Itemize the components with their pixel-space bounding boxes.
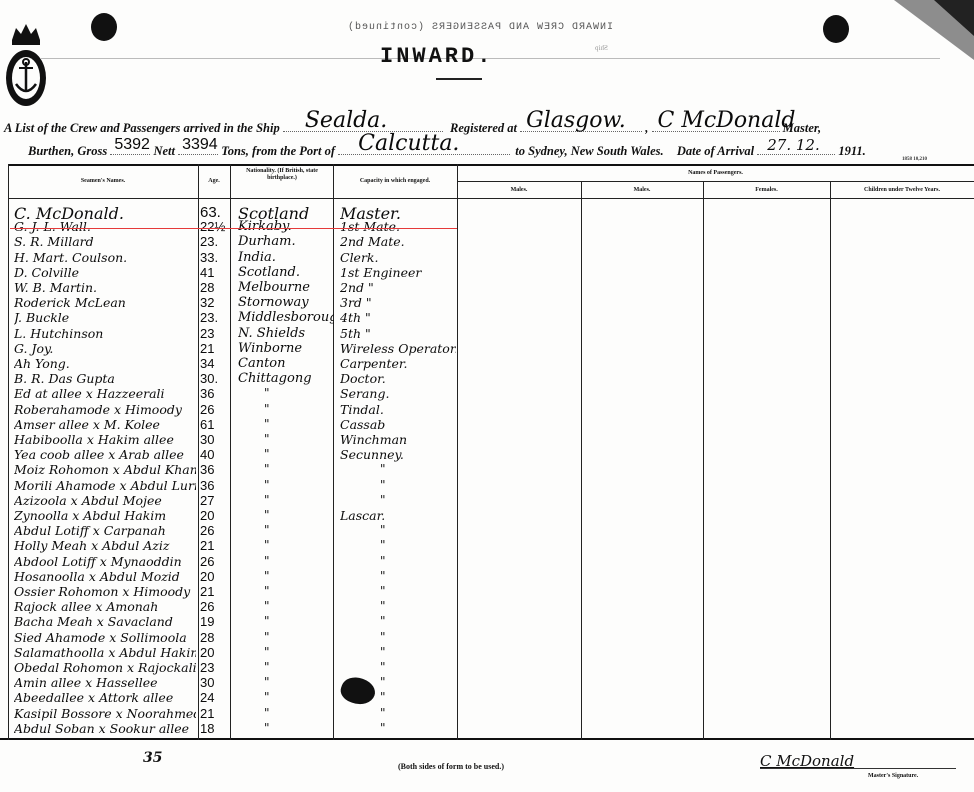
- crew-age: 28: [200, 280, 232, 295]
- crew-capacity: Winchman: [340, 432, 456, 447]
- crew-age: 21: [200, 706, 232, 721]
- crew-capacity: 1st Mate.: [340, 219, 456, 234]
- folded-corner: [894, 0, 974, 60]
- arrival-label: Date of Arrival: [677, 144, 754, 159]
- crew-name: H. Mart. Coulson.: [14, 250, 196, 265]
- header-passengers-group: Names of Passengers.: [457, 170, 974, 177]
- nett-tons: 3394: [182, 136, 218, 154]
- crew-capacity: ": [340, 523, 456, 537]
- crew-capacity: Wireless Operator.: [340, 341, 456, 356]
- crew-capacity: ": [340, 630, 456, 644]
- red-underline: [10, 228, 457, 229]
- crew-nationality: ": [238, 569, 334, 583]
- crew-capacity: 4th ": [340, 310, 456, 325]
- crew-name: G. Joy.: [14, 341, 196, 356]
- crew-nationality: ": [238, 584, 334, 598]
- crew-age: 36: [200, 386, 232, 401]
- registered-port-field: Glasgow.: [520, 118, 642, 132]
- crew-name: Sied Ahamode x Sollimoola: [14, 630, 196, 645]
- crew-capacity: Cassab: [340, 417, 456, 432]
- crew-capacity: ": [340, 645, 456, 659]
- crew-name: J. Buckle: [14, 310, 196, 325]
- master-name: C McDonald: [658, 108, 796, 133]
- crew-nationality: N. Shields: [238, 326, 334, 341]
- crew-capacity: ": [340, 462, 456, 476]
- crew-name: Salamathoolla x Abdul Hakim: [14, 645, 196, 660]
- crew-nationality: Chittagong: [238, 371, 334, 386]
- crew-nationality: ": [238, 554, 334, 568]
- crew-capacity: Doctor.: [340, 371, 456, 386]
- crew-nationality: ": [238, 630, 334, 644]
- crew-age: 36: [200, 462, 232, 477]
- crew-name: B. R. Das Gupta: [14, 371, 196, 386]
- crew-nationality: Melbourne: [238, 280, 334, 295]
- from-port-field: Calcutta.: [338, 141, 510, 155]
- crew-age: 30.: [200, 371, 232, 386]
- crew-age: 21: [200, 341, 232, 356]
- header-passengers-females: Females.: [703, 187, 830, 194]
- header-age: Age.: [198, 178, 230, 185]
- crew-age: 22½: [200, 219, 232, 234]
- crew-name: Hosanoolla x Abdul Mozid: [14, 569, 196, 584]
- crew-name: Roderick McLean: [14, 295, 196, 310]
- col-divider: [830, 182, 831, 740]
- crew-capacity: Lascar.: [340, 508, 456, 523]
- crew-capacity: ": [340, 569, 456, 583]
- crew-age: 32: [200, 295, 232, 310]
- bleed-through-ship-label: Ship: [595, 44, 608, 52]
- crew-nationality: ": [238, 599, 334, 613]
- form-code: 1858 10,210: [902, 157, 927, 162]
- passenger-group-rule: [457, 181, 974, 182]
- crew-age: 21: [200, 538, 232, 553]
- crew-capacity: 1st Engineer: [340, 265, 456, 280]
- crew-age: 26: [200, 599, 232, 614]
- crew-nationality: Canton: [238, 356, 334, 371]
- crew-nationality: ": [238, 721, 334, 735]
- crew-list-page: INWARD CREW AND PASSENGERS (continued) S…: [0, 0, 974, 792]
- crew-age: 23.: [200, 234, 232, 249]
- arrival-day-month: 27. 12.: [767, 136, 819, 154]
- crew-name: D. Colville: [14, 265, 196, 280]
- punch-hole-right: [823, 15, 849, 43]
- crew-name: Morili Ahamode x Abdul Lurim: [14, 478, 196, 493]
- arrival-date-field: 27. 12.: [757, 141, 835, 155]
- crew-age: 36: [200, 478, 232, 493]
- crew-name: Roberahamode x Himoody: [14, 402, 196, 417]
- crew-name: Ah Yong.: [14, 356, 196, 371]
- crew-nationality: ": [238, 690, 334, 704]
- crew-age: 41: [200, 265, 232, 280]
- crew-capacity: 5th ": [340, 326, 456, 341]
- burthen-line: Burthen, Gross 5392 Nett 3394 Tons, from…: [28, 141, 866, 159]
- crew-age: 30: [200, 675, 232, 690]
- crew-name: Amin allee x Hassellee: [14, 675, 196, 690]
- crew-age: 20: [200, 645, 232, 660]
- from-port: Calcutta.: [358, 131, 459, 156]
- destination-text: to Sydney, New South Wales.: [515, 144, 663, 159]
- crew-name: Moiz Rohomon x Abdul Khan: [14, 462, 196, 477]
- crew-age: 23: [200, 326, 232, 341]
- crew-nationality: ": [238, 660, 334, 674]
- signature-line: [760, 768, 956, 769]
- crew-age: 33.: [200, 250, 232, 265]
- header-passengers-children: Children under Twelve Years.: [830, 187, 974, 194]
- crew-nationality: Kirkaby.: [238, 219, 334, 234]
- crew-nationality: Stornoway: [238, 295, 334, 310]
- crew-capacity: ": [340, 660, 456, 674]
- crew-capacity: Clerk.: [340, 250, 456, 265]
- crew-age: 24: [200, 690, 232, 705]
- crew-name: Kasipil Bossore x Noorahmede: [14, 706, 196, 721]
- crew-age: 26: [200, 402, 232, 417]
- tons-from-label: Tons, from the Port of: [221, 144, 335, 159]
- crew-name: Bacha Meah x Savacland: [14, 614, 196, 629]
- bleed-through-header: INWARD CREW AND PASSENGERS (continued): [300, 22, 660, 33]
- crew-age: 19: [200, 614, 232, 629]
- crew-name: G. J. L. Wall.: [14, 219, 196, 234]
- crew-capacity: Serang.: [340, 386, 456, 401]
- crew-name: Holly Meah x Abdul Aziz: [14, 538, 196, 553]
- crew-capacity: ": [340, 584, 456, 598]
- crew-name: L. Hutchinson: [14, 326, 196, 341]
- crew-nationality: Scotland.: [238, 265, 334, 280]
- table-row: Abdul Soban x Sookur allee18"": [0, 721, 460, 739]
- header-seamens-names: Seamen's Names.: [8, 178, 198, 185]
- crew-nationality: ": [238, 432, 334, 446]
- header-nationality: Nationality. (If British, state birthpla…: [240, 168, 324, 182]
- crew-age: 28: [200, 630, 232, 645]
- crew-nationality: Winborne: [238, 341, 334, 356]
- crew-age: 20: [200, 508, 232, 523]
- ship-name: Sealda.: [305, 108, 387, 133]
- crew-nationality: ": [238, 523, 334, 537]
- crew-capacity: ": [340, 721, 456, 735]
- crew-capacity: ": [340, 599, 456, 613]
- col-divider: [581, 182, 582, 740]
- master-name-field: C McDonald: [652, 118, 780, 132]
- crew-name: Rajock allee x Amonah: [14, 599, 196, 614]
- signature-label: Master's Signature.: [868, 773, 918, 779]
- crew-capacity: ": [340, 478, 456, 492]
- crew-age: 61: [200, 417, 232, 432]
- ship-name-field: Sealda.: [283, 118, 443, 132]
- crew-name: Abdool Lotiff x Mynaoddin: [14, 554, 196, 569]
- crew-name: Obedal Rohomon x Rajockali: [14, 660, 196, 675]
- crew-nationality: ": [238, 447, 334, 461]
- crew-nationality: ": [238, 402, 334, 416]
- gross-tons: 5392: [114, 136, 150, 154]
- bleed-through-footer: [36, 760, 38, 766]
- crew-nationality: ": [238, 386, 334, 400]
- crew-capacity: ": [340, 554, 456, 568]
- crew-name: Ossier Rohomon x Himoody: [14, 584, 196, 599]
- crew-name: Habiboolla x Hakim allee: [14, 432, 196, 447]
- crew-age: 20: [200, 569, 232, 584]
- crew-nationality: ": [238, 417, 334, 431]
- crew-nationality: ": [238, 706, 334, 720]
- crew-capacity: ": [340, 538, 456, 552]
- crew-age: 26: [200, 554, 232, 569]
- crew-nationality: ": [238, 462, 334, 476]
- crew-name: Abeedallee x Attork allee: [14, 690, 196, 705]
- crew-capacity: Secunney.: [340, 447, 456, 462]
- crew-age: 21: [200, 584, 232, 599]
- header-capacity: Capacity in which engaged.: [333, 178, 457, 185]
- crew-age: 27: [200, 493, 232, 508]
- crew-nationality: ": [238, 675, 334, 689]
- footer-note: (Both sides of form to be used.): [398, 762, 504, 771]
- crown-anchor-crest-icon: [4, 20, 48, 108]
- crew-name: S. R. Millard: [14, 234, 196, 249]
- nett-tons-field: 3394: [178, 141, 218, 155]
- crew-age: 30: [200, 432, 232, 447]
- arrival-year: 1911.: [838, 144, 865, 159]
- crew-name: Azizoola x Abdul Mojee: [14, 493, 196, 508]
- crew-name: Ed at allee x Hazzeerali: [14, 386, 196, 401]
- crew-name: W. B. Martin.: [14, 280, 196, 295]
- crew-capacity: 2nd ": [340, 280, 456, 295]
- col-divider: [703, 182, 704, 740]
- nett-label: Nett: [153, 144, 175, 159]
- crew-nationality: ": [238, 614, 334, 628]
- crew-nationality: ": [238, 493, 334, 507]
- registered-port: Glasgow.: [526, 108, 626, 133]
- crew-name: Abdul Soban x Sookur allee: [14, 721, 196, 736]
- crew-nationality: India.: [238, 250, 334, 265]
- crew-nationality: ": [238, 478, 334, 492]
- crew-capacity: 2nd Mate.: [340, 234, 456, 249]
- crew-name: Yea coob allee x Arab allee: [14, 447, 196, 462]
- crew-capacity: Carpenter.: [340, 356, 456, 371]
- crew-age: 26: [200, 523, 232, 538]
- title-rule: [436, 78, 482, 80]
- crew-name: Amser allee x M. Kolee: [14, 417, 196, 432]
- crew-age: 34: [200, 356, 232, 371]
- crew-age: 40: [200, 447, 232, 462]
- crew-nationality: ": [238, 508, 334, 522]
- crew-age: 23: [200, 660, 232, 675]
- list-label: A List of the Crew and Passengers arrive…: [4, 121, 280, 136]
- header-passengers-males-2: Males.: [581, 187, 703, 194]
- crew-age: 18: [200, 721, 232, 736]
- gross-tons-field: 5392: [110, 141, 150, 155]
- crew-age: 23.: [200, 310, 232, 325]
- crew-name: Abdul Lotiff x Carpanah: [14, 523, 196, 538]
- crew-name: Zynoolla x Abdul Hakim: [14, 508, 196, 523]
- header-bottom-rule: [8, 198, 974, 199]
- registered-label: Registered at: [450, 121, 517, 136]
- crew-nationality: Durham.: [238, 234, 334, 249]
- crew-nationality: Middlesborough: [238, 310, 334, 325]
- crew-capacity: Tindal.: [340, 402, 456, 417]
- crew-capacity: 3rd ": [340, 295, 456, 310]
- crew-capacity: ": [340, 706, 456, 720]
- crew-capacity: ": [340, 614, 456, 628]
- burthen-label: Burthen, Gross: [28, 144, 107, 159]
- crew-capacity: ": [340, 493, 456, 507]
- header-passengers-males-1: Males.: [457, 187, 581, 194]
- page-title: INWARD.: [380, 44, 493, 69]
- crew-nationality: ": [238, 538, 334, 552]
- punch-hole-left: [91, 13, 117, 41]
- crew-nationality: ": [238, 645, 334, 659]
- page-number: 35: [143, 750, 162, 766]
